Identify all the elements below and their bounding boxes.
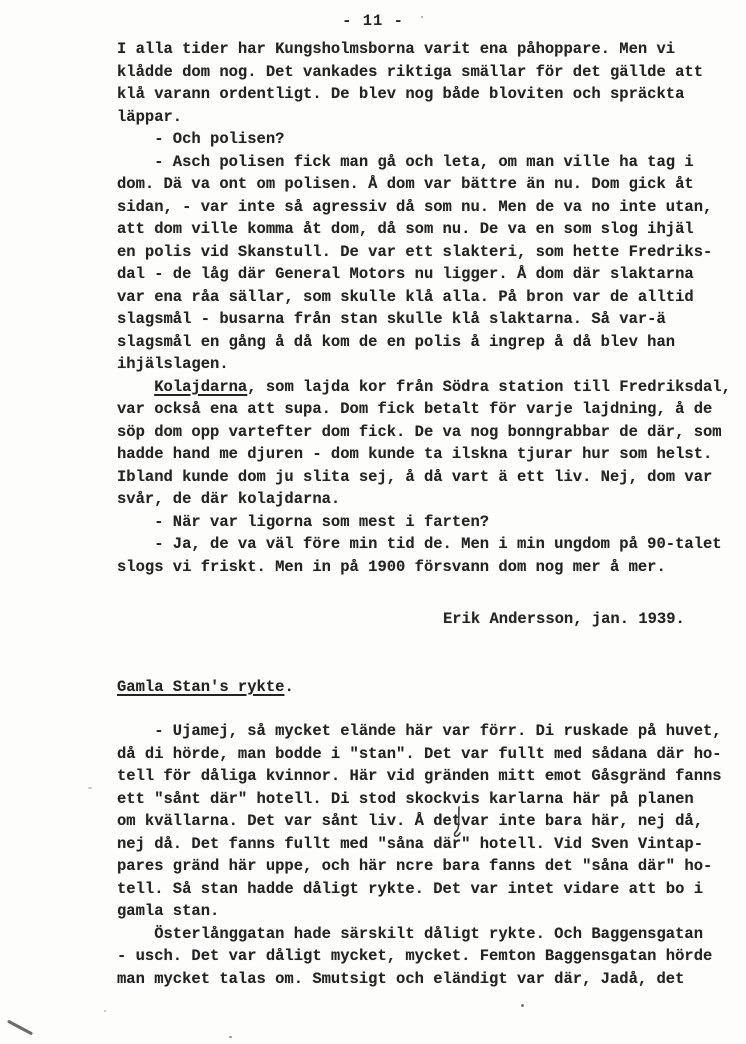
- section-heading-period: .: [284, 678, 293, 696]
- scan-speck: [104, 1010, 106, 1012]
- signature-line: Erik Andersson, jan. 1939.: [443, 608, 733, 631]
- scan-speck: [88, 787, 92, 789]
- document-page: - 11 - I alla tider har Kungsholmsborna …: [0, 0, 746, 1044]
- section-heading-underlined: Gamla Stan's rykte: [117, 678, 284, 696]
- section-heading: Gamla Stan's rykte.: [117, 676, 733, 699]
- paragraph-block-3: - Ujamej, så mycket elände här var förr.…: [117, 720, 733, 990]
- scan-speck: [521, 1004, 524, 1007]
- page-number: - 11 -: [0, 12, 746, 30]
- kolajdarna-indent: [117, 378, 154, 396]
- kolajdarna-line: Kolajdarna, som lajda kor från Södra sta…: [117, 376, 733, 399]
- kolajdarna-line-rest: , som lajda kor från Södra station till …: [247, 378, 731, 396]
- pen-stroke-mark: [7, 1020, 33, 1036]
- document-body: I alla tider har Kungsholmsborna varit e…: [117, 38, 733, 990]
- scan-speck: [229, 1036, 232, 1038]
- paragraph-block-2: var också ena att supa. Dom fick betalt …: [117, 398, 733, 578]
- handwritten-insertion-mark: [452, 806, 466, 840]
- paragraph-block-1: I alla tider har Kungsholmsborna varit e…: [117, 38, 733, 376]
- kolajdarna-underlined-word: Kolajdarna: [154, 378, 247, 396]
- scan-speck: [421, 16, 423, 18]
